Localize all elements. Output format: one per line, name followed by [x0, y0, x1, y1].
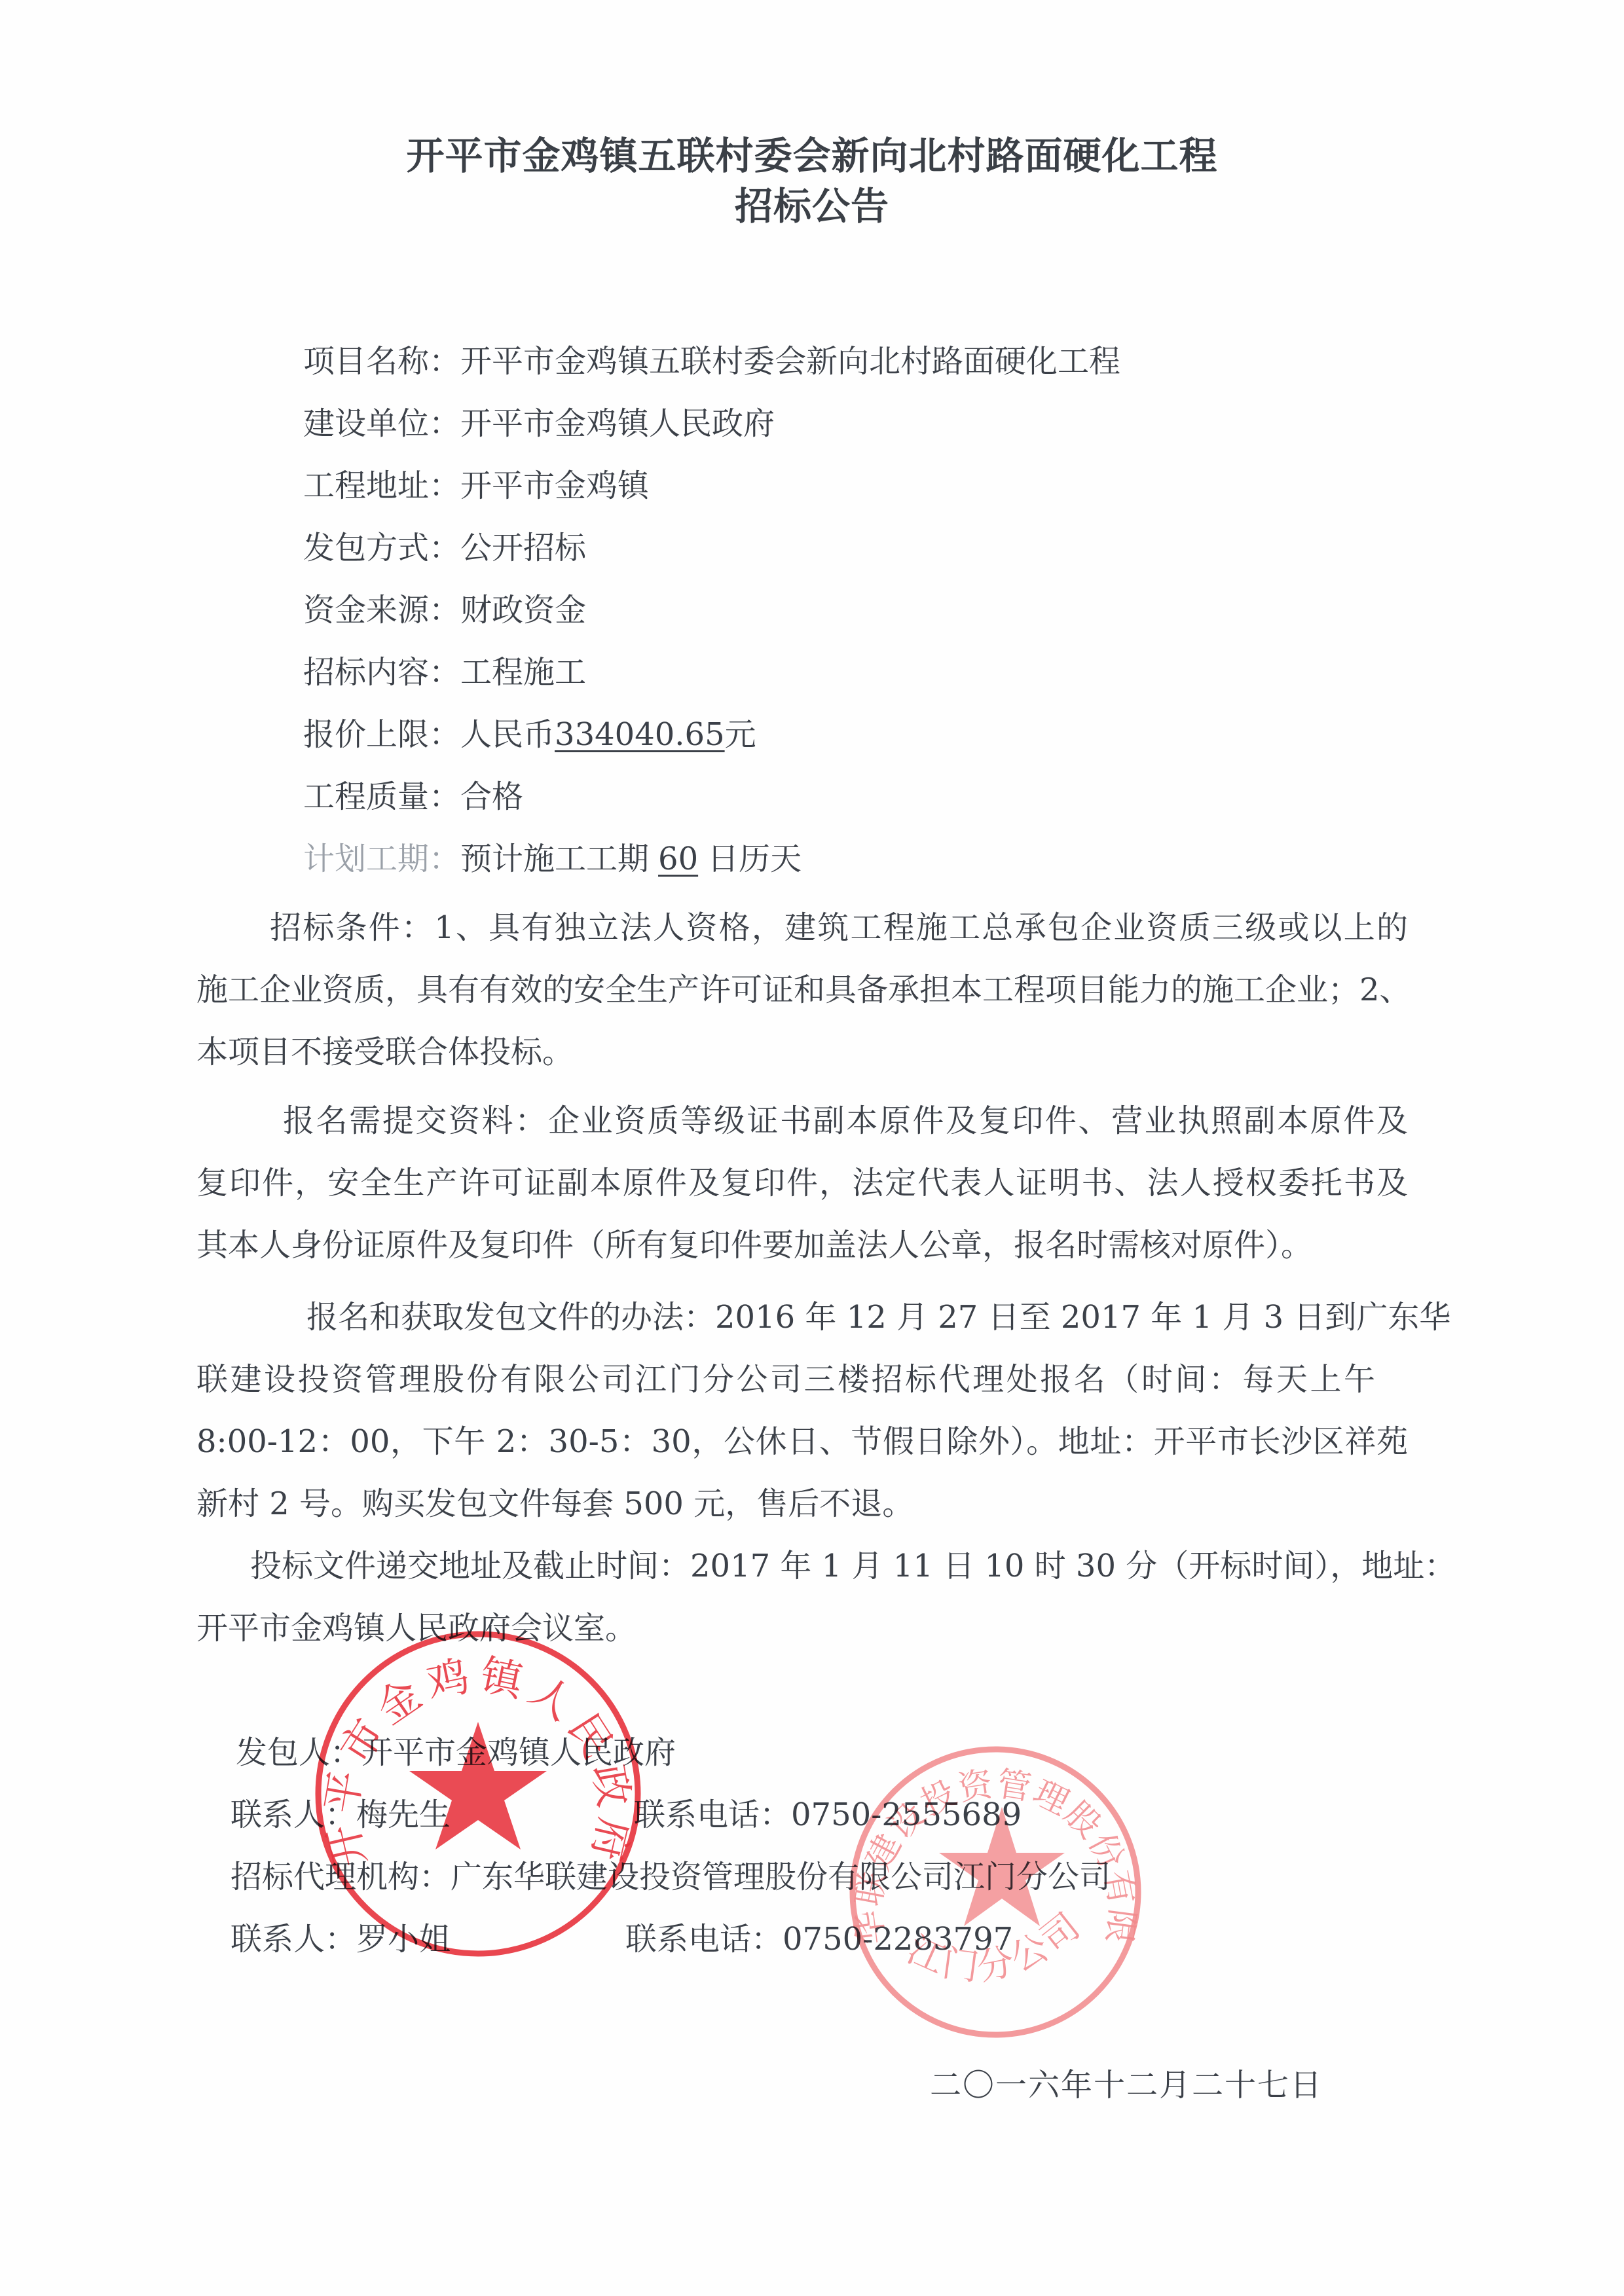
field-label: 工程地址： [303, 467, 460, 504]
field-value-suffix: 日历天 [707, 841, 802, 877]
price-cap-amount: 334040.65 [555, 716, 725, 753]
issuer-phone-line: 联系电话：0750-2555689 [634, 1795, 1022, 1834]
field-label: 计划工期： [303, 841, 460, 877]
field-value: 开平市金鸡镇 [460, 467, 649, 504]
agent-line: 招标代理机构：广东华联建设投资管理股份有限公司江门分公司 [231, 1857, 1111, 1897]
field-value-suffix: 元 [725, 716, 756, 753]
field-project-address: 工程地址：开平市金鸡镇 [303, 466, 649, 505]
field-label: 项目名称： [303, 343, 460, 380]
field-project-name: 项目名称：开平市金鸡镇五联村委会新向北村路面硬化工程 [303, 342, 1120, 381]
issuer-phone: 0750-2555689 [791, 1796, 1022, 1833]
agent-name: 广东华联建设投资管理股份有限公司江门分公司 [451, 1859, 1111, 1895]
agency-seal-text: 广东华联建设投资管理股份有限公司 [845, 1741, 1142, 1947]
field-value: 工程施工 [460, 654, 586, 691]
svg-text:广东华联建设投资管理股份有限公司: 广东华联建设投资管理股份有限公司 [845, 1741, 1142, 1947]
agent-phone-line: 联系电话：0750-2283797 [625, 1920, 1013, 1959]
government-seal-stamp: 开平市金鸡镇人民政府 [308, 1624, 648, 1964]
materials-line1: 报名需提交资料：企业资质等级证书副本原件及复印件、营业执照副本原件及 [283, 1101, 1408, 1140]
issuer-phone-label: 联系电话： [634, 1796, 791, 1833]
conditions-line1: 招标条件：1、具有独立法人资格，建筑工程施工总承包企业资质三级或以上的 [270, 908, 1408, 947]
field-label: 报价上限： [303, 716, 460, 753]
agent-phone-label: 联系电话： [625, 1921, 783, 1958]
field-value: 财政资金 [460, 592, 586, 629]
conditions-line3: 本项目不接受联合体投标。 [196, 1032, 574, 1072]
field-quality: 工程质量：合格 [303, 777, 523, 816]
field-funding-source: 资金来源：财政资金 [303, 591, 586, 630]
field-value: 开平市金鸡镇人民政府 [460, 405, 775, 442]
agent-phone: 0750-2283797 [783, 1921, 1013, 1958]
field-value: 合格 [460, 778, 523, 815]
agent-contact-label: 联系人： [231, 1921, 356, 1958]
schedule-days: 60 [649, 841, 707, 877]
issuer-label: 发包人： [236, 1734, 361, 1771]
field-label: 工程质量： [303, 778, 460, 815]
issuer-contact-line: 联系人：梅先生 [231, 1795, 451, 1834]
issue-date: 二〇一六年十二月二十七日 [930, 2066, 1323, 2105]
registration-line2: 联建设投资管理股份有限公司江门分公司三楼招标代理处报名（时间：每天上午 [196, 1360, 1375, 1399]
issuer-line: 发包人：开平市金鸡镇人民政府 [236, 1733, 676, 1772]
field-tender-content: 招标内容：工程施工 [303, 653, 586, 692]
field-value: 开平市金鸡镇五联村委会新向北村路面硬化工程 [460, 343, 1120, 380]
registration-line4: 新村 2 号。购买发包文件每套 500 元，售后不退。 [196, 1484, 913, 1523]
field-label: 资金来源： [303, 592, 460, 629]
submission-line2: 开平市金鸡镇人民政府会议室。 [196, 1609, 637, 1648]
agent-contact-name: 罗小姐 [356, 1921, 451, 1958]
document-title-line2: 招标公告 [0, 183, 1624, 229]
field-label: 发包方式： [303, 530, 460, 566]
agent-contact-line: 联系人：罗小姐 [231, 1920, 451, 1959]
issuer-contact-name: 梅先生 [356, 1796, 451, 1833]
issuer-contact-label: 联系人： [231, 1796, 356, 1833]
field-value-prefix: 预计施工工期 [460, 841, 649, 877]
submission-line1: 投标文件递交地址及截止时间：2017 年 1 月 11 日 10 时 30 分（… [250, 1546, 1408, 1586]
field-value: 公开招标 [460, 530, 586, 566]
conditions-line2: 施工企业资质，具有有效的安全生产许可证和具备承担本工程项目能力的施工企业；2、 [196, 970, 1408, 1010]
field-price-cap: 报价上限：人民币334040.65元 [303, 715, 756, 754]
agent-label: 招标代理机构： [231, 1859, 451, 1895]
field-label: 建设单位： [303, 405, 460, 442]
document-page: 开平市金鸡镇五联村委会新向北村路面硬化工程 招标公告 项目名称：开平市金鸡镇五联… [0, 0, 1624, 2296]
field-label: 招标内容： [303, 654, 460, 691]
materials-line2: 复印件，安全生产许可证副本原件及复印件，法定代表人证明书、法人授权委托书及 [196, 1163, 1408, 1203]
registration-line3: 8:00-12：00，下午 2：30-5：30，公休日、节假日除外）。地址：开平… [196, 1422, 1408, 1461]
materials-line3: 其本人身份证原件及复印件（所有复印件要加盖法人公章，报名时需核对原件）。 [196, 1226, 1312, 1265]
field-contract-method: 发包方式：公开招标 [303, 528, 586, 568]
field-schedule: 计划工期：预计施工工期60日历天 [303, 839, 802, 879]
field-value-prefix: 人民币 [460, 716, 555, 753]
field-construction-unit: 建设单位：开平市金鸡镇人民政府 [303, 404, 775, 443]
issuer-name: 开平市金鸡镇人民政府 [361, 1734, 676, 1771]
registration-line1: 报名和获取发包文件的办法：2016 年 12 月 27 日至 2017 年 1 … [306, 1298, 1408, 1337]
document-title-line1: 开平市金鸡镇五联村委会新向北村路面硬化工程 [0, 133, 1624, 179]
